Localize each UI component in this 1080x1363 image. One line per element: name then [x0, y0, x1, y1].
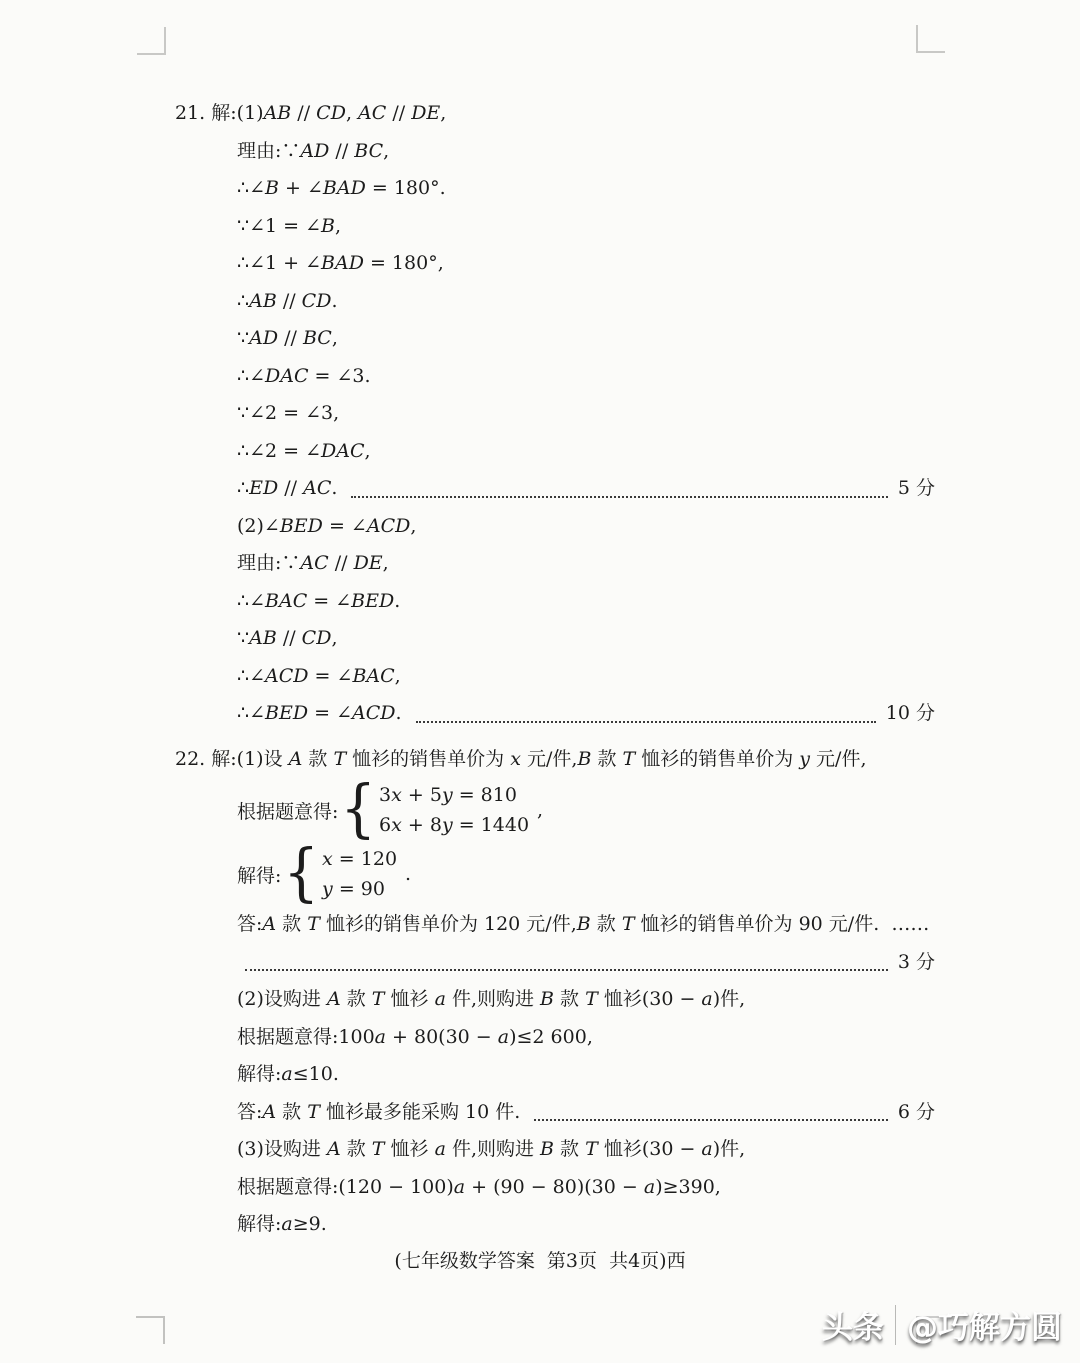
text-line: 答:A 款 T 恤衫的销售单价为 120 元/件,B 款 T 恤衫的销售单价为 … [0, 906, 1080, 944]
math-variable: BAC [352, 665, 394, 687]
math-variable: CD [302, 627, 332, 649]
math-variable: BC [354, 140, 383, 162]
math-variable: BED [265, 702, 308, 724]
math-variable: B [321, 215, 335, 237]
line-text: 22. 解:(1)设 A 款 T 恤衫的销售单价为 x 元/件,B 款 T 恤衫… [175, 741, 867, 779]
text-line: ∵AB // CD, [0, 620, 1080, 658]
math-variable: ACD [352, 702, 396, 724]
math-variable: x [391, 784, 402, 806]
math-variable: a [498, 1026, 509, 1048]
text-line: ∴AB // CD. [0, 283, 1080, 321]
text-line: (3)设购进 A 款 T 恤衫 a 件,则购进 B 款 T 恤衫(30 − a)… [0, 1131, 1080, 1169]
equation: y = 90 [322, 875, 397, 903]
equation-group: 3x + 5y = 8106x + 8y = 1440 [379, 780, 529, 840]
equation: x = 120 [322, 845, 397, 873]
math-variable: BED [351, 590, 394, 612]
math-variable: a [435, 1138, 446, 1160]
text-line: 根据题意得:(120 − 100)a + (90 − 80)(30 − a)≥3… [0, 1169, 1080, 1207]
line-text: (2)∠BED = ∠ACD, [237, 508, 416, 546]
math-variable: y [799, 748, 810, 770]
math-variable: T [333, 748, 346, 770]
line-text: ∴∠BED = ∠ACD. [237, 695, 408, 733]
text-line: 解得:a≤10. [0, 1056, 1080, 1094]
math-variable: x [510, 748, 521, 770]
line-text: 答:A 款 T 恤衫的销售单价为 120 元/件,B 款 T 恤衫的销售单价为 … [237, 906, 929, 944]
math-variable: y [442, 784, 453, 806]
corner-mark-bottom-left [136, 1316, 165, 1344]
scanned-answer-page: 21. 解:(1)AB // CD, AC // DE,理由:∵AD // BC… [0, 0, 1080, 1363]
text-line: ∵AD // BC, [0, 320, 1080, 358]
line-text: ∵∠2 = ∠3, [237, 395, 339, 433]
math-variable: A [327, 988, 341, 1010]
equation-system-line: 解得:{x = 120y = 90. [0, 842, 1080, 906]
line-text: ∴∠B + ∠BAD = 180°. [237, 170, 446, 208]
dotted-leader [245, 969, 888, 971]
text-line: 理由:∵AD // BC, [0, 133, 1080, 171]
math-variable: ED [249, 477, 278, 499]
text-line: 21. 解:(1)AB // CD, AC // DE, [0, 95, 1080, 133]
math-variable: y [322, 878, 333, 900]
math-variable: DE [354, 552, 383, 574]
score-label: 3 分 [898, 944, 935, 982]
math-variable: a [454, 1176, 465, 1198]
math-variable: BC [303, 327, 332, 349]
math-variable: a [281, 1063, 292, 1085]
math-variable: B [540, 988, 554, 1010]
text-line: 答:A 款 T 恤衫最多能采购 10 件. 6 分 [0, 1094, 1080, 1132]
math-variable: B [265, 177, 279, 199]
equation-label: 解得: [237, 861, 281, 888]
line-text: ∵AD // BC, [237, 320, 338, 358]
line-text: 理由:∵AC // DE, [237, 545, 389, 583]
math-variable: AB [249, 290, 277, 312]
math-variable: ACD [265, 665, 309, 687]
watermark-handle: @巧解方圆 [907, 1302, 1062, 1347]
line-text: ∴∠DAC = ∠3. [237, 358, 371, 396]
math-variable: AC [303, 477, 331, 499]
math-variable: AD [249, 327, 278, 349]
dotted-leader [351, 496, 887, 498]
math-variable: A [262, 913, 276, 935]
line-text: 理由:∵AD // BC, [237, 133, 389, 171]
text-line: ∴∠1 + ∠BAD = 180°, [0, 245, 1080, 283]
trailing-punctuation: , [537, 799, 543, 821]
math-variable: AC [358, 102, 386, 124]
math-variable: BAC [265, 590, 307, 612]
math-variable: CD [316, 102, 346, 124]
math-variable: A [327, 1138, 341, 1160]
text-line: ∴∠B + ∠BAD = 180°. [0, 170, 1080, 208]
line-text: ∵∠1 = ∠B, [237, 208, 341, 246]
line-text: 解得:a≥9. [237, 1206, 327, 1244]
text-line: (2)∠BED = ∠ACD, [0, 508, 1080, 546]
math-variable: T [307, 1101, 320, 1123]
text-line: ∴∠2 = ∠DAC, [0, 433, 1080, 471]
math-variable: ACD [367, 515, 411, 537]
math-variable: A [262, 1101, 276, 1123]
page-footer: (七年级数学答案 第3页 共4页)西 [0, 1245, 1080, 1277]
math-variable: a [644, 1176, 655, 1198]
dotted-leader [416, 721, 876, 723]
system-brace: { [340, 779, 376, 842]
math-variable: x [322, 848, 333, 870]
math-variable: DE [411, 102, 440, 124]
math-variable: a [375, 1026, 386, 1048]
line-text: (3)设购进 A 款 T 恤衫 a 件,则购进 B 款 T 恤衫(30 − a)… [237, 1131, 745, 1169]
math-variable: a [701, 1138, 712, 1160]
text-line: 解得:a≥9. [0, 1206, 1080, 1244]
math-variable: B [577, 748, 591, 770]
line-text: ∴∠ACD = ∠BAC, [237, 658, 401, 696]
math-variable: y [442, 814, 453, 836]
math-variable: T [585, 1138, 598, 1160]
math-variable: BAD [323, 177, 366, 199]
text-line: ∴∠ACD = ∠BAC, [0, 658, 1080, 696]
system-brace: { [283, 843, 319, 906]
math-variable: CD [302, 290, 332, 312]
equation-label: 根据题意得: [237, 797, 338, 824]
line-text: 答:A 款 T 恤衫最多能采购 10 件. [237, 1094, 526, 1132]
text-line: 理由:∵AC // DE, [0, 545, 1080, 583]
text-line: 根据题意得:100a + 80(30 − a)≤2 600, [0, 1019, 1080, 1057]
math-variable: A [289, 748, 303, 770]
line-text: 根据题意得:(120 − 100)a + (90 − 80)(30 − a)≥3… [237, 1169, 721, 1207]
score-label: 6 分 [898, 1094, 935, 1132]
math-variable: T [622, 913, 635, 935]
line-text: ∴∠1 + ∠BAD = 180°, [237, 245, 444, 283]
math-variable: T [585, 988, 598, 1010]
math-variable: x [391, 814, 402, 836]
answer-content: 21. 解:(1)AB // CD, AC // DE,理由:∵AD // BC… [0, 0, 1080, 1277]
text-line: 22. 解:(1)设 A 款 T 恤衫的销售单价为 x 元/件,B 款 T 恤衫… [0, 741, 1080, 779]
math-variable: T [623, 748, 636, 770]
math-variable: T [307, 913, 320, 935]
line-text: ∴ED // AC. [237, 470, 343, 508]
math-variable: DAC [321, 440, 365, 462]
math-variable: DAC [265, 365, 309, 387]
line-text: (2)设购进 A 款 T 恤衫 a 件,则购进 B 款 T 恤衫(30 − a)… [237, 981, 745, 1019]
math-variable: a [281, 1213, 292, 1235]
math-variable: AB [264, 102, 292, 124]
math-variable: T [372, 988, 385, 1010]
text-line: (2)设购进 A 款 T 恤衫 a 件,则购进 B 款 T 恤衫(30 − a)… [0, 981, 1080, 1019]
math-variable: B [577, 913, 591, 935]
math-variable: T [372, 1138, 385, 1160]
equation: 3x + 5y = 810 [379, 781, 529, 809]
math-variable: BAD [321, 252, 364, 274]
math-variable: AC [300, 552, 328, 574]
text-line: ∴∠BED = ∠ACD. 10 分 [0, 695, 1080, 733]
text-line: 3 分 [0, 944, 1080, 982]
score-label: 10 分 [886, 695, 935, 733]
math-variable: a [435, 988, 446, 1010]
score-label: 5 分 [898, 470, 935, 508]
equation: 6x + 8y = 1440 [379, 811, 529, 839]
line-text: 21. 解:(1)AB // CD, AC // DE, [175, 95, 446, 133]
trailing-punctuation: . [405, 863, 411, 885]
text-line: ∴∠BAC = ∠BED. [0, 583, 1080, 621]
line-text: ∴∠2 = ∠DAC, [237, 433, 371, 471]
line-text: ∴AB // CD. [237, 283, 338, 321]
dotted-leader [534, 1119, 888, 1121]
text-line: ∵∠1 = ∠B, [0, 208, 1080, 246]
equation-system-line: 根据题意得:{3x + 5y = 8106x + 8y = 1440, [0, 778, 1080, 842]
math-variable: B [540, 1138, 554, 1160]
math-variable: AB [249, 627, 277, 649]
watermark: 头条 @巧解方圆 [822, 1302, 1062, 1347]
math-variable: a [701, 988, 712, 1010]
watermark-site: 头条 [822, 1302, 884, 1347]
math-variable: BED [280, 515, 323, 537]
answer-lines: 21. 解:(1)AB // CD, AC // DE,理由:∵AD // BC… [0, 95, 1080, 1244]
line-text: ∴∠BAC = ∠BED. [237, 583, 400, 621]
line-text: 根据题意得:100a + 80(30 − a)≤2 600, [237, 1019, 593, 1057]
equation-group: x = 120y = 90 [322, 844, 397, 904]
line-text: 解得:a≤10. [237, 1056, 339, 1094]
text-line: ∵∠2 = ∠3, [0, 395, 1080, 433]
text-line: ∴ED // AC. 5 分 [0, 470, 1080, 508]
math-variable: AD [300, 140, 329, 162]
line-text: ∵AB // CD, [237, 620, 338, 658]
watermark-divider [895, 1305, 896, 1345]
text-line: ∴∠DAC = ∠3. [0, 358, 1080, 396]
